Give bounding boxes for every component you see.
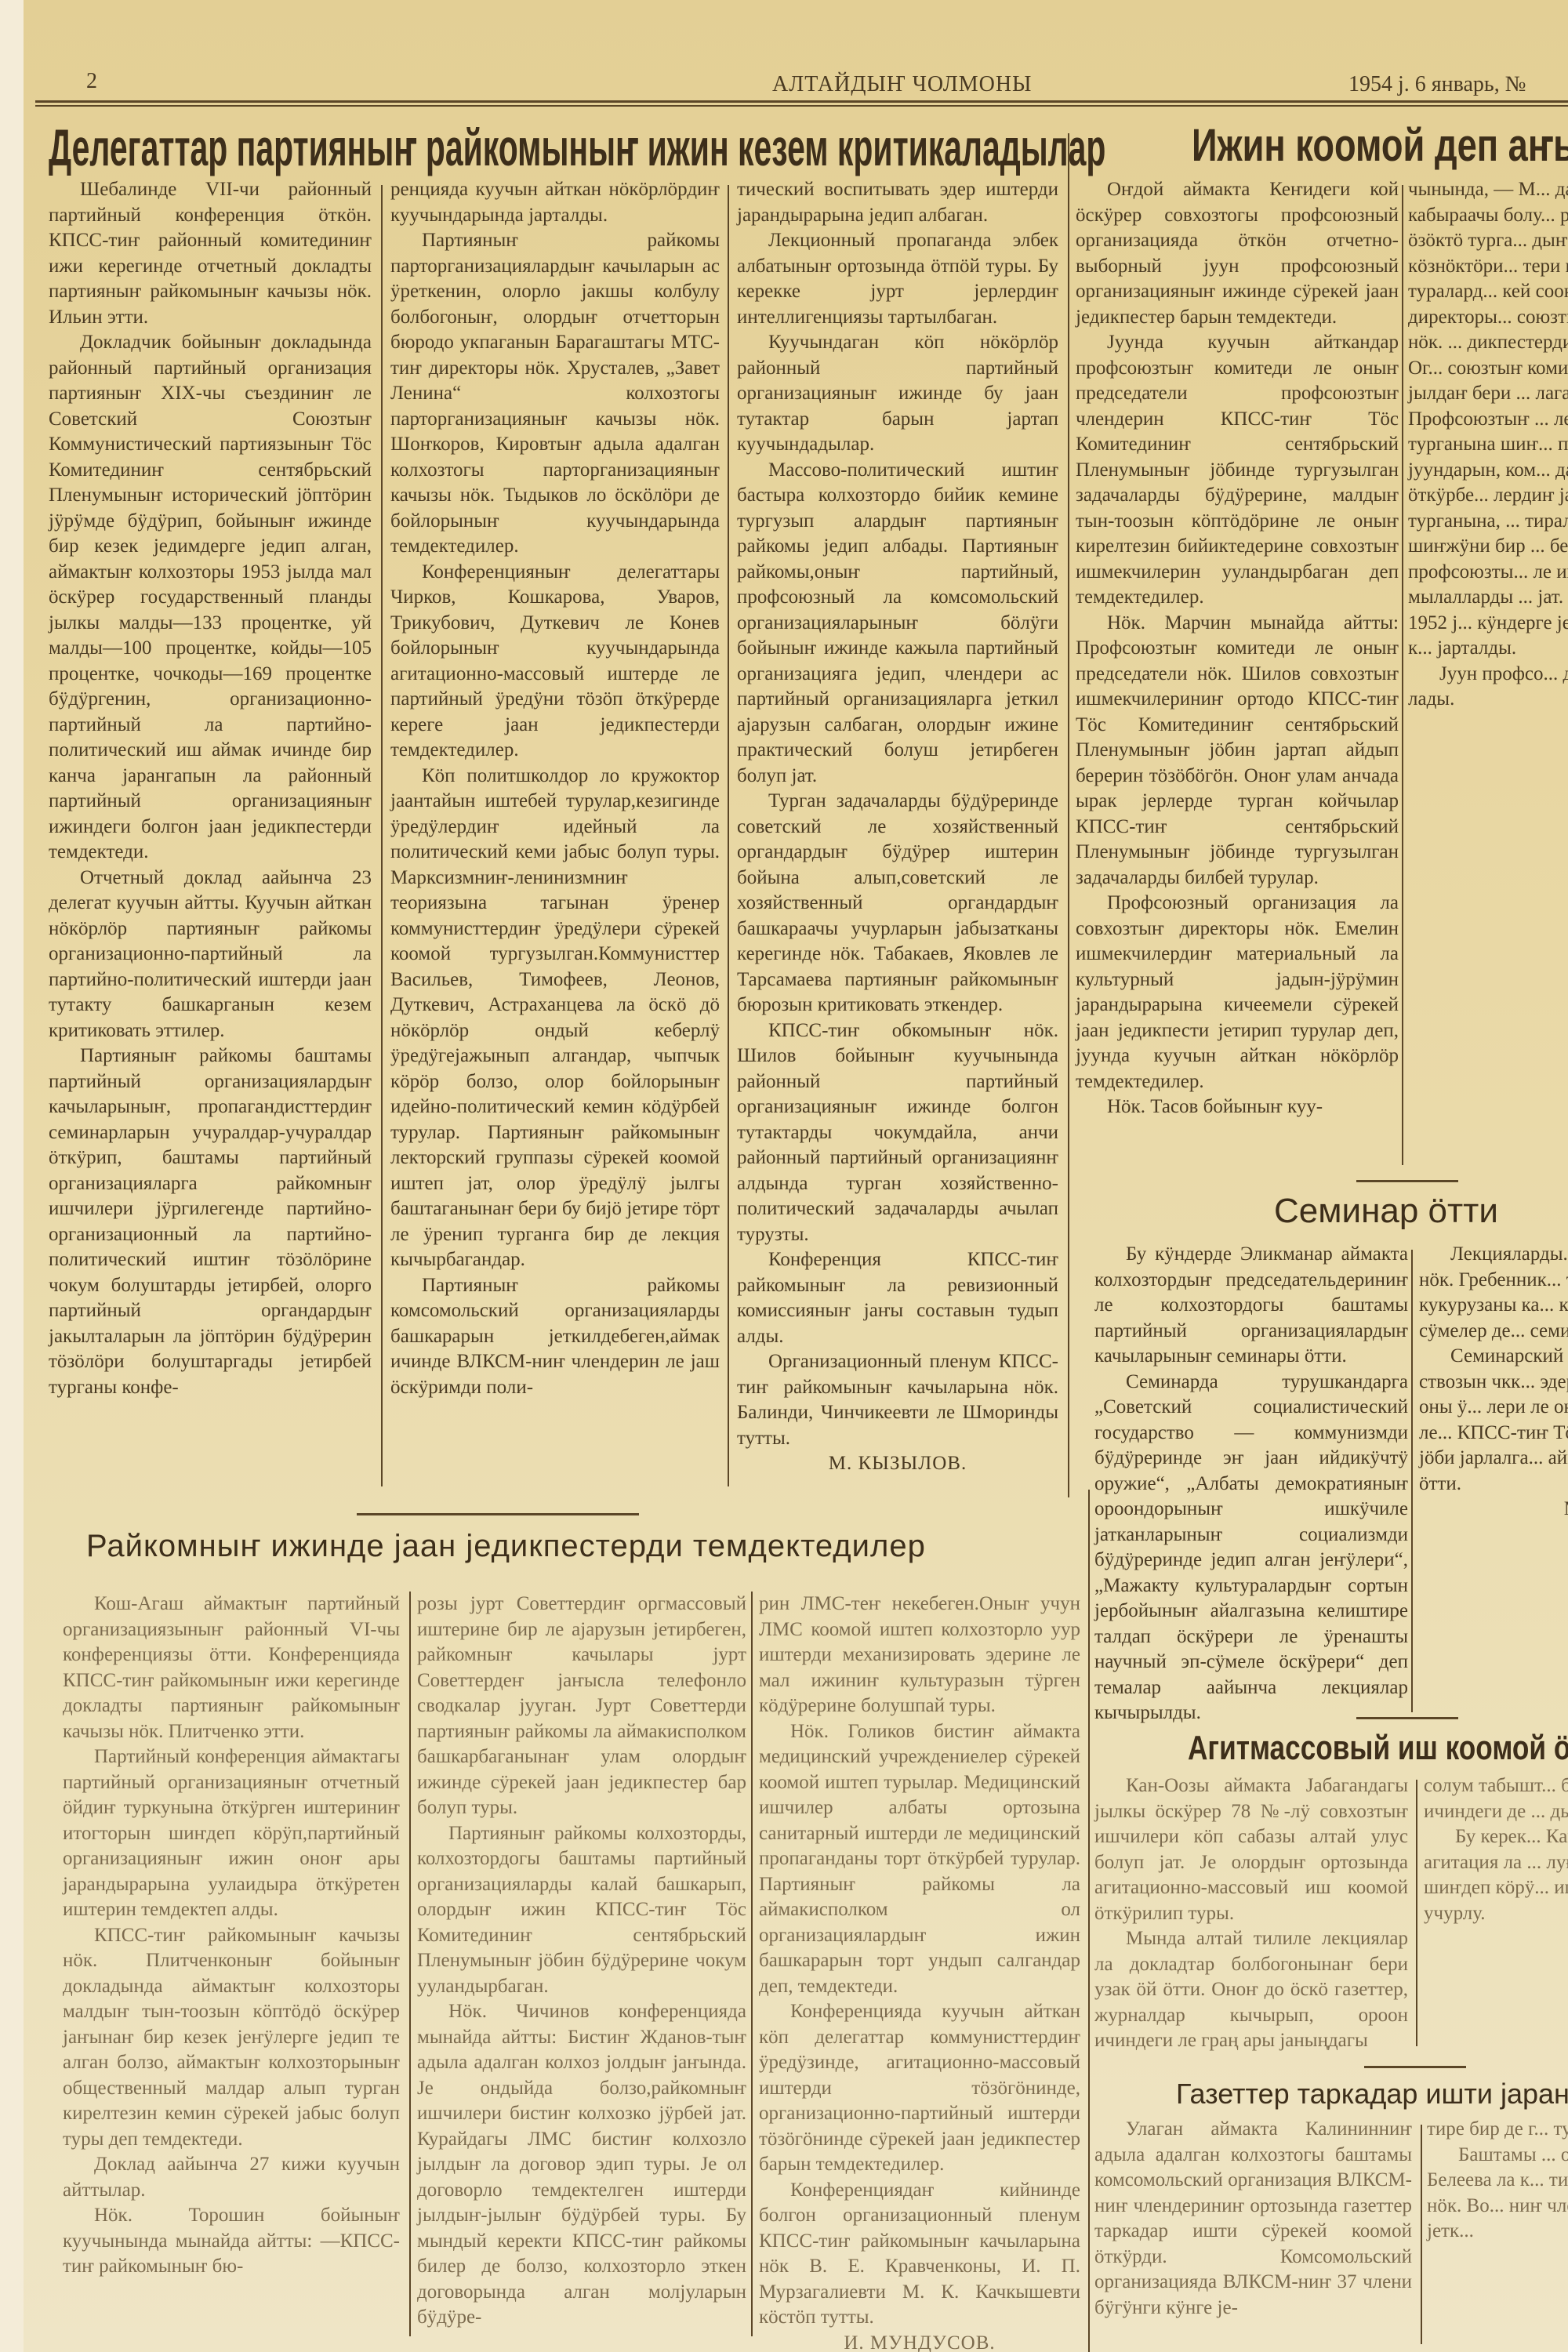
article6-column-1: Улаган аймакта Калининниҥ адыла адалган …: [1094, 2117, 1412, 2321]
section-rule: [1356, 1180, 1458, 1182]
masthead-rule: [35, 100, 1568, 103]
paper-title: АЛТАЙДЫҤ ЧОЛМОНЫ: [772, 72, 1032, 97]
paragraph: Бу керек... Кан-Оозындаг... агитация ла …: [1424, 1824, 1568, 1926]
paragraph: розы јурт Советтердиҥ оргмассовый иштери…: [417, 1592, 746, 1821]
paragraph: тический воспитывать эдер иштерди јаранд…: [737, 177, 1058, 228]
issue-date: 1954 ј. 6 январь, №: [1348, 72, 1526, 97]
paragraph: рин ЛМС-теҥ некебеген.Оныҥ учун ЛМС коом…: [759, 1592, 1080, 1719]
paragraph: Конференцияда куучын айткан кӧп делегатт…: [759, 1999, 1080, 2178]
column-divider: [1402, 185, 1403, 1165]
article6-column-2: тире бир де г... туры.Баштамы ... органи…: [1427, 2117, 1568, 2270]
section-rule: [1364, 2066, 1466, 2068]
column-divider: [728, 185, 729, 1486]
paragraph: Кӧп политшколдор ло кружоктор јаантайын …: [390, 764, 720, 1273]
article5-headline: Агитмассовый иш коомой ӧдӱп: [1188, 1729, 1568, 1768]
paragraph: Докладчик бойыныҥ докладында районный па…: [49, 330, 372, 866]
article2-headline: Ижин коомой деп аҥылаганы: [1192, 119, 1568, 172]
paragraph: Бу кӱндерде Эликманар аймакта колхозторд…: [1094, 1242, 1408, 1370]
paragraph: Лекцияларды... МТС-тиҥ гла... нӧк. Гребе…: [1419, 1242, 1568, 1344]
paragraph: Нӧк. Чичинов конференцияда мынайда айтты…: [417, 1999, 746, 2331]
paragraph: Массово-политический иштиҥ бастыра колхо…: [737, 458, 1058, 789]
paragraph: Кош-Агаш аймактыҥ партийный организацияз…: [63, 1592, 400, 1744]
article4-column-3: рин ЛМС-теҥ некебеген.Оныҥ учун ЛМС коом…: [759, 1592, 1080, 2352]
paragraph: Шебалинде VII-чи районный партийный конф…: [49, 177, 372, 330]
paragraph: Организационный пленум КПСС-тиҥ райкомын…: [737, 1349, 1058, 1451]
column-divider: [1416, 1780, 1417, 2046]
paragraph: Лекционный пропаганда элбек албатыныҥ ор…: [737, 228, 1058, 330]
paragraph: Семинарда турушкандарга „Советский социа…: [1094, 1370, 1408, 1726]
article3-column-2: Лекцияларды... МТС-тиҥ гла... нӧк. Гребе…: [1419, 1242, 1568, 1523]
paragraph: Профсоюзный организация ла совхозтыҥ дир…: [1076, 891, 1399, 1094]
author-signature: И. МУНДУСОВ.: [759, 2331, 1080, 2352]
paragraph: Партияныҥ райкомы парторганизациялардыҥ …: [390, 228, 720, 560]
column-divider: [1088, 1490, 1090, 2352]
paragraph: КПСС-тиҥ райкомыныҥ качызы нӧк. Плитченк…: [63, 1923, 400, 2153]
paragraph: Партияныҥ райкомы комсомольский организа…: [390, 1273, 720, 1401]
masthead: 2 АЛТАЙДЫҤ ЧОЛМОНЫ 1954 ј. 6 январь, №: [55, 69, 1568, 100]
paragraph: солум табышт... берердеҥ бо... ичиндеги …: [1424, 1773, 1568, 1824]
paragraph: Конференция КПСС-тиҥ райкомыныҥ ла ревиз…: [737, 1247, 1058, 1349]
paragraph: КПСС-тиҥ обкомыныҥ нӧк. Шилов бойыныҥ ку…: [737, 1018, 1058, 1248]
article3-column-1: Бу кӱндерде Эликманар аймакта колхозторд…: [1094, 1242, 1408, 1726]
article4-column-2: розы јурт Советтердиҥ оргмассовый иштери…: [417, 1592, 746, 2331]
article6-headline: Газеттер таркадар ишти јаран: [1176, 2078, 1568, 2111]
page-number: 2: [86, 69, 97, 94]
column-divider: [381, 185, 383, 1486]
paragraph: Турган задачаларды бӱдӱреринде советский…: [737, 789, 1058, 1018]
paragraph: Конференцияныҥ делегаттары Чирков, Кошка…: [390, 560, 720, 764]
article1-column-1: Шебалинде VII-чи районный партийный конф…: [49, 177, 372, 1400]
paragraph: Баштамы ... организациян... Белеева ла к…: [1427, 2143, 1568, 2245]
article5-column-1: Кан-Оозы аймакта Јабагандагы јылкы ӧскӱр…: [1094, 1773, 1408, 2054]
paragraph: Јуун профсо... диниҥ ижин к... лады.: [1408, 662, 1568, 713]
article4-headline: Райкомныҥ ижинде јаан једикпестерди темд…: [86, 1529, 926, 1564]
paragraph: Партияныҥ райкомы колхозторды, колхозтор…: [417, 1821, 746, 2000]
column-divider: [1068, 133, 1069, 1497]
paragraph: чынында, — М... дардыҥ тур... кабыраачы …: [1408, 177, 1568, 662]
paragraph: Семинарский ... ининде колхоз... ствозын…: [1419, 1344, 1568, 1497]
paragraph: Јуунда куучын айткандар профсоюзтыҥ коми…: [1076, 330, 1399, 611]
paragraph: Нӧк. Голиков бистиҥ аймакта медицинский …: [759, 1719, 1080, 2000]
column-divider: [1411, 1250, 1413, 1712]
article1-column-3: тический воспитывать эдер иштерди јаранд…: [737, 177, 1058, 1477]
article5-column-2: солум табышт... берердеҥ бо... ичиндеги …: [1424, 1773, 1568, 1926]
paragraph: Улаган аймакта Калининниҥ адыла адалган …: [1094, 2117, 1412, 2321]
paragraph: ренцияда куучын айткан нӧкӧрлӧрдиҥ куучы…: [390, 177, 720, 228]
section-rule: [357, 1513, 639, 1515]
paragraph: Оҥдой аймакта Кеҥидеги кой ӧскӱрер совхо…: [1076, 177, 1399, 330]
section-rule: [1356, 1717, 1458, 1719]
article2-column-1: Оҥдой аймакта Кеҥидеги кой ӧскӱрер совхо…: [1076, 177, 1399, 1120]
article1-headline: Делегаттар партияныҥ райкомыныҥ ижин кез…: [49, 118, 1105, 177]
author-signature: А.: [1427, 2245, 1568, 2270]
article3-headline: Семинар ӧтти: [1274, 1192, 1498, 1231]
paragraph: Доклад аайынча 27 кижи куучын айттылар.: [63, 2152, 400, 2203]
paragraph: Отчетный доклад аайынча 23 делегат куучы…: [49, 866, 372, 1044]
column-divider: [751, 1592, 753, 2336]
page-edge: [0, 0, 24, 2352]
masthead-rule-2: [35, 105, 1568, 107]
paragraph: Куучындаган кӧп нӧкӧрлӧр районный партий…: [737, 330, 1058, 458]
author-signature: М.: [1419, 1497, 1568, 1523]
paragraph: Конференциядаҥ кийнинде болгон организац…: [759, 2178, 1080, 2331]
column-divider: [409, 1592, 411, 2336]
paragraph: Нӧк. Марчин мынайда айтты: Профсоюзтыҥ к…: [1076, 611, 1399, 891]
paragraph: Кан-Оозы аймакта Јабагандагы јылкы ӧскӱр…: [1094, 1773, 1408, 1926]
paragraph: Партияныҥ райкомы баштамы партийный орга…: [49, 1044, 372, 1400]
article1-column-2: ренцияда куучын айткан нӧкӧрлӧрдиҥ куучы…: [390, 177, 720, 1400]
paragraph: Нӧк. Торошин бойыныҥ куучынында мынайда …: [63, 2203, 400, 2280]
article2-column-2: чынында, — М... дардыҥ тур... кабыраачы …: [1408, 177, 1568, 713]
paragraph: Партийный конференция аймактагы партийны…: [63, 1744, 400, 1923]
paragraph: Мында алтай тилиле лекциялар ла докладта…: [1094, 1926, 1408, 2054]
column-divider: [1421, 2125, 1422, 2344]
paragraph: тире бир де г... туры.: [1427, 2117, 1568, 2143]
article4-column-1: Кош-Агаш аймактыҥ партийный организацияз…: [63, 1592, 400, 2280]
author-signature: М. КЫЗЫЛОВ.: [737, 1451, 1058, 1477]
paragraph: Нӧк. Тасов бойыныҥ куу-: [1076, 1094, 1399, 1120]
